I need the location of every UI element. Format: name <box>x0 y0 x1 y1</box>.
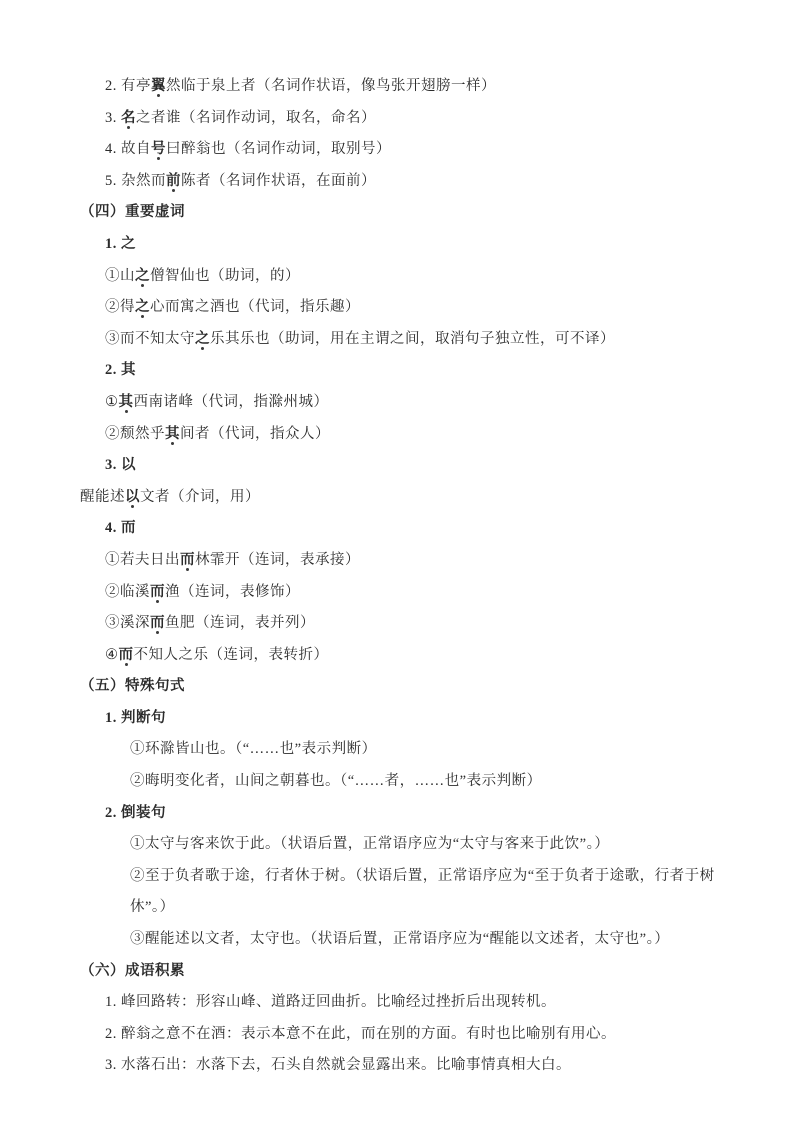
subsection-heading: 4. 而 <box>80 513 733 545</box>
text-segment: 不知人之乐（连词，表转折） <box>134 647 329 663</box>
list-item: 2. 醉翁之意不在酒：表示本意不在此，而在别的方面。有时也比喻别有用心。 <box>80 1019 733 1051</box>
text-segment: 3. 以 <box>105 457 136 473</box>
text-segment: 3. 水落石出：水落下去，石头自然就会显露出来。比喻事情真相大白。 <box>105 1057 571 1073</box>
text-segment: 乐其乐也（助词，用在主谓之间，取消句子独立性，可不译） <box>210 331 615 347</box>
text-segment: 心而寓之酒也（代词，指乐趣） <box>150 299 360 315</box>
text-segment: 3. <box>105 110 121 126</box>
text-segment: 曰醉翁也（名词作动词，取别号） <box>166 141 391 157</box>
emphasized-char: 之 <box>135 299 150 315</box>
text-segment: 醒能述 <box>80 489 125 505</box>
example-line: ②至于负者歌于途，行者休于树。（状语后置，正常语序应为“至于负者于途歌，行者于树… <box>80 861 733 924</box>
text-segment: 1. 判断句 <box>105 710 166 726</box>
text-segment: 林霏开（连词，表承接） <box>195 552 360 568</box>
text-segment: 文者（介词，用） <box>140 489 260 505</box>
text-segment: 然临于泉上者（名词作状语，像鸟张开翅膀一样） <box>166 78 496 94</box>
text-segment: 渔（连词，表修饰） <box>165 584 300 600</box>
list-item: 3. 名之者谁（名词作动词，取名，命名） <box>80 103 733 135</box>
emphasized-char: 翼 <box>151 78 166 94</box>
text-segment: 西南诸峰（代词，指滁州城） <box>134 394 329 410</box>
example-line: ②得之心而寓之酒也（代词，指乐趣） <box>80 292 733 324</box>
text-segment: ②得 <box>105 299 135 315</box>
text-segment: （五）特殊句式 <box>80 678 185 694</box>
text-segment: 4. 故自 <box>105 141 151 157</box>
text-segment: 2. 有亭 <box>105 78 151 94</box>
subsection-heading: 2. 其 <box>80 355 733 387</box>
example-line: ③溪深而鱼肥（连词，表并列） <box>80 608 733 640</box>
emphasized-char: 名 <box>121 110 136 126</box>
text-segment: 陈者（名词作状语，在面前） <box>181 173 376 189</box>
text-segment: ①若夫日出 <box>105 552 180 568</box>
text-segment: ① <box>105 394 119 410</box>
example-line: ①山之僧智仙也（助词，的） <box>80 261 733 293</box>
text-segment: （四）重要虚词 <box>80 204 185 220</box>
example-line: ①其西南诸峰（代词，指滁州城） <box>80 387 733 419</box>
emphasized-char: 号 <box>151 141 166 157</box>
text-segment: ③而不知太守 <box>105 331 195 347</box>
document-page: 2. 有亭翼然临于泉上者（名词作状语，像鸟张开翅膀一样）3. 名之者谁（名词作动… <box>0 0 793 1122</box>
text-segment: ③醒能述以文者，太守也。（状语后置，正常语序应为“醒能以文述者，太守也”。） <box>130 931 669 947</box>
emphasized-char: 前 <box>166 173 181 189</box>
text-segment: 2. 其 <box>105 362 136 378</box>
example-line: ②颓然乎其间者（代词，指众人） <box>80 419 733 451</box>
example-line: ①太守与客来饮于此。（状语后置，正常语序应为“太守与客来于此饮”。） <box>80 829 733 861</box>
plain-line: 醒能述以文者（介词，用） <box>80 482 733 514</box>
list-item: 5. 杂然而前陈者（名词作状语，在面前） <box>80 166 733 198</box>
text-segment: ②临溪 <box>105 584 150 600</box>
section-heading: （四）重要虚词 <box>80 197 733 229</box>
emphasized-char: 以 <box>125 489 140 505</box>
subsection-heading: 3. 以 <box>80 450 733 482</box>
text-segment: 1. 之 <box>105 236 136 252</box>
example-line: ①环滁皆山也。（“……也”表示判断） <box>80 734 733 766</box>
subsection-heading: 1. 之 <box>80 229 733 261</box>
text-segment: 4. 而 <box>105 520 136 536</box>
text-segment: 2. 倒装句 <box>105 805 166 821</box>
text-segment: （六）成语积累 <box>80 963 185 979</box>
text-segment: 之者谁（名词作动词，取名，命名） <box>136 110 376 126</box>
emphasized-char: 之 <box>195 331 210 347</box>
emphasized-char: 之 <box>135 268 150 284</box>
text-segment: ④ <box>105 647 119 663</box>
emphasized-char: 而 <box>150 615 165 631</box>
example-line: ③而不知太守之乐其乐也（助词，用在主谓之间，取消句子独立性，可不译） <box>80 324 733 356</box>
list-item: 3. 水落石出：水落下去，石头自然就会显露出来。比喻事情真相大白。 <box>80 1050 733 1082</box>
emphasized-char: 而 <box>150 584 165 600</box>
text-segment: ②至于负者歌于途，行者休于树。（状语后置，正常语序应为“至于负者于途歌，行者于树… <box>130 868 715 916</box>
text-segment: 2. 醉翁之意不在酒：表示本意不在此，而在别的方面。有时也比喻别有用心。 <box>105 1026 616 1042</box>
emphasized-char: 其 <box>165 426 180 442</box>
subsection-heading: 1. 判断句 <box>80 703 733 735</box>
example-line: ②晦明变化者，山间之朝暮也。（“……者，……也”表示判断） <box>80 766 733 798</box>
section-heading: （六）成语积累 <box>80 956 733 988</box>
list-item: 2. 有亭翼然临于泉上者（名词作状语，像鸟张开翅膀一样） <box>80 71 733 103</box>
example-line: ④而不知人之乐（连词，表转折） <box>80 640 733 672</box>
emphasized-char: 而 <box>180 552 195 568</box>
text-segment: 鱼肥（连词，表并列） <box>165 615 315 631</box>
example-line: ①若夫日出而林霏开（连词，表承接） <box>80 545 733 577</box>
example-line: ③醒能述以文者，太守也。（状语后置，正常语序应为“醒能以文述者，太守也”。） <box>80 924 733 956</box>
subsection-heading: 2. 倒装句 <box>80 798 733 830</box>
text-segment: ②颓然乎 <box>105 426 165 442</box>
text-segment: ③溪深 <box>105 615 150 631</box>
text-segment: ②晦明变化者，山间之朝暮也。（“……者，……也”表示判断） <box>130 773 542 789</box>
text-segment: 间者（代词，指众人） <box>180 426 330 442</box>
text-segment: 5. 杂然而 <box>105 173 166 189</box>
section-heading: （五）特殊句式 <box>80 671 733 703</box>
text-segment: 1. 峰回路转：形容山峰、道路迂回曲折。比喻经过挫折后出现转机。 <box>105 994 556 1010</box>
text-segment: ①太守与客来饮于此。（状语后置，正常语序应为“太守与客来于此饮”。） <box>130 836 609 852</box>
text-segment: ①环滁皆山也。（“……也”表示判断） <box>130 741 377 757</box>
emphasized-char: 其 <box>119 394 134 410</box>
text-segment: 僧智仙也（助词，的） <box>150 268 300 284</box>
list-item: 1. 峰回路转：形容山峰、道路迂回曲折。比喻经过挫折后出现转机。 <box>80 987 733 1019</box>
emphasized-char: 而 <box>119 647 134 663</box>
text-segment: ①山 <box>105 268 135 284</box>
example-line: ②临溪而渔（连词，表修饰） <box>80 577 733 609</box>
list-item: 4. 故自号曰醉翁也（名词作动词，取别号） <box>80 134 733 166</box>
